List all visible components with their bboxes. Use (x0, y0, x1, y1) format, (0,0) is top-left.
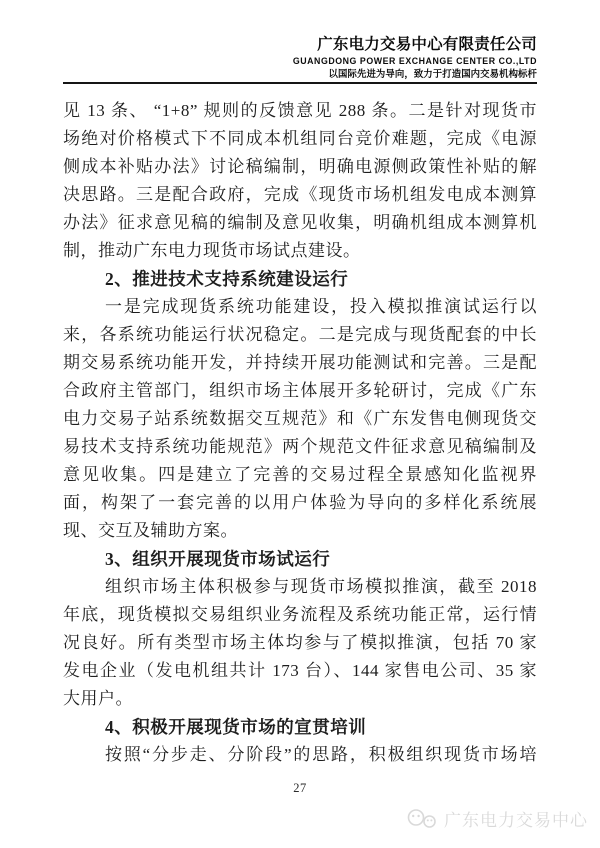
document-page: 广东电力交易中心有限责任公司 GUANGDONG POWER EXCHANGE … (0, 0, 600, 848)
text-line: 发电企业（发电机组共计 173 台）、144 家售电公司、35 家 (63, 657, 537, 685)
company-name-en: GUANGDONG POWER EXCHANGE CENTER CO.,LTD (293, 57, 537, 66)
text-line: 年底，现货模拟交易组织业务流程及系统功能正常，运行情 (63, 601, 537, 629)
text-line: 期交易系统功能开发，并持续开展功能测试和完善。三是配 (63, 349, 537, 377)
text-line: 见 13 条、 “1+8” 规则的反馈意见 288 条。二是针对现货市 (63, 97, 537, 125)
text-line: 易技术支持系统功能规范》两个规范文件征求意见稿编制及 (63, 433, 537, 461)
watermark: 广东电力交易中心 (406, 806, 588, 831)
text-line: 决思路。三是配合政府，完成《现货市场机组发电成本测算 (63, 181, 537, 209)
text-line: 组织市场主体积极参与现货市场模拟推演，截至 2018 (63, 573, 537, 601)
text-line: 制，推动广东电力现货市场试点建设。 (63, 237, 537, 265)
company-name-cn: 广东电力交易中心有限责任公司 (293, 37, 537, 53)
text-line: 意见收集。四是建立了完善的交易过程全景感知化监视界 (63, 461, 537, 489)
watermark-text: 广东电力交易中心 (444, 806, 588, 831)
wechat-logo-icon (406, 808, 438, 830)
section-heading: 3、组织开展现货市场试运行 (63, 545, 537, 573)
text-line: 合政府主管部门，组织市场主体展开多轮研讨，完成《广东 (63, 377, 537, 405)
text-line: 一是完成现货系统功能建设，投入模拟推演试运行以 (63, 293, 537, 321)
text-line: 况良好。所有类型市场主体均参与了模拟推演，包括 70 家 (63, 629, 537, 657)
text-line: 来，各系统功能运行状况稳定。二是完成与现货配套的中长 (63, 321, 537, 349)
letterhead: 广东电力交易中心有限责任公司 GUANGDONG POWER EXCHANGE … (293, 37, 537, 79)
letterhead-divider (63, 82, 537, 84)
text-line: 侧成本补贴办法》讨论稿编制，明确电源侧政策性补贴的解 (63, 153, 537, 181)
document-body: 见 13 条、 “1+8” 规则的反馈意见 288 条。二是针对现货市场绝对价格… (63, 97, 537, 769)
text-line: 面，构架了一套完善的以用户体验为导向的多样化系统展 (63, 489, 537, 517)
text-line: 电力交易子站系统数据交互规范》和《广东发售电侧现货交 (63, 405, 537, 433)
text-line: 现、交互及辅助方案。 (63, 517, 537, 545)
text-line: 大用户。 (63, 685, 537, 713)
text-line: 按照“分步走、分阶段”的思路，积极组织现货市场培 (63, 741, 537, 769)
section-heading: 4、积极开展现货市场的宣贯培训 (63, 713, 537, 741)
text-line: 场绝对价格模式下不同成本机组同台竞价难题，完成《电源 (63, 125, 537, 153)
company-slogan: 以国际先进为导向，致力于打造国内交易机构标杆 (293, 69, 537, 78)
page-number: 27 (0, 781, 600, 796)
text-line: 办法》征求意见稿的编制及意见收集，明确机组成本测算机 (63, 209, 537, 237)
section-heading: 2、推进技术支持系统建设运行 (63, 265, 537, 293)
